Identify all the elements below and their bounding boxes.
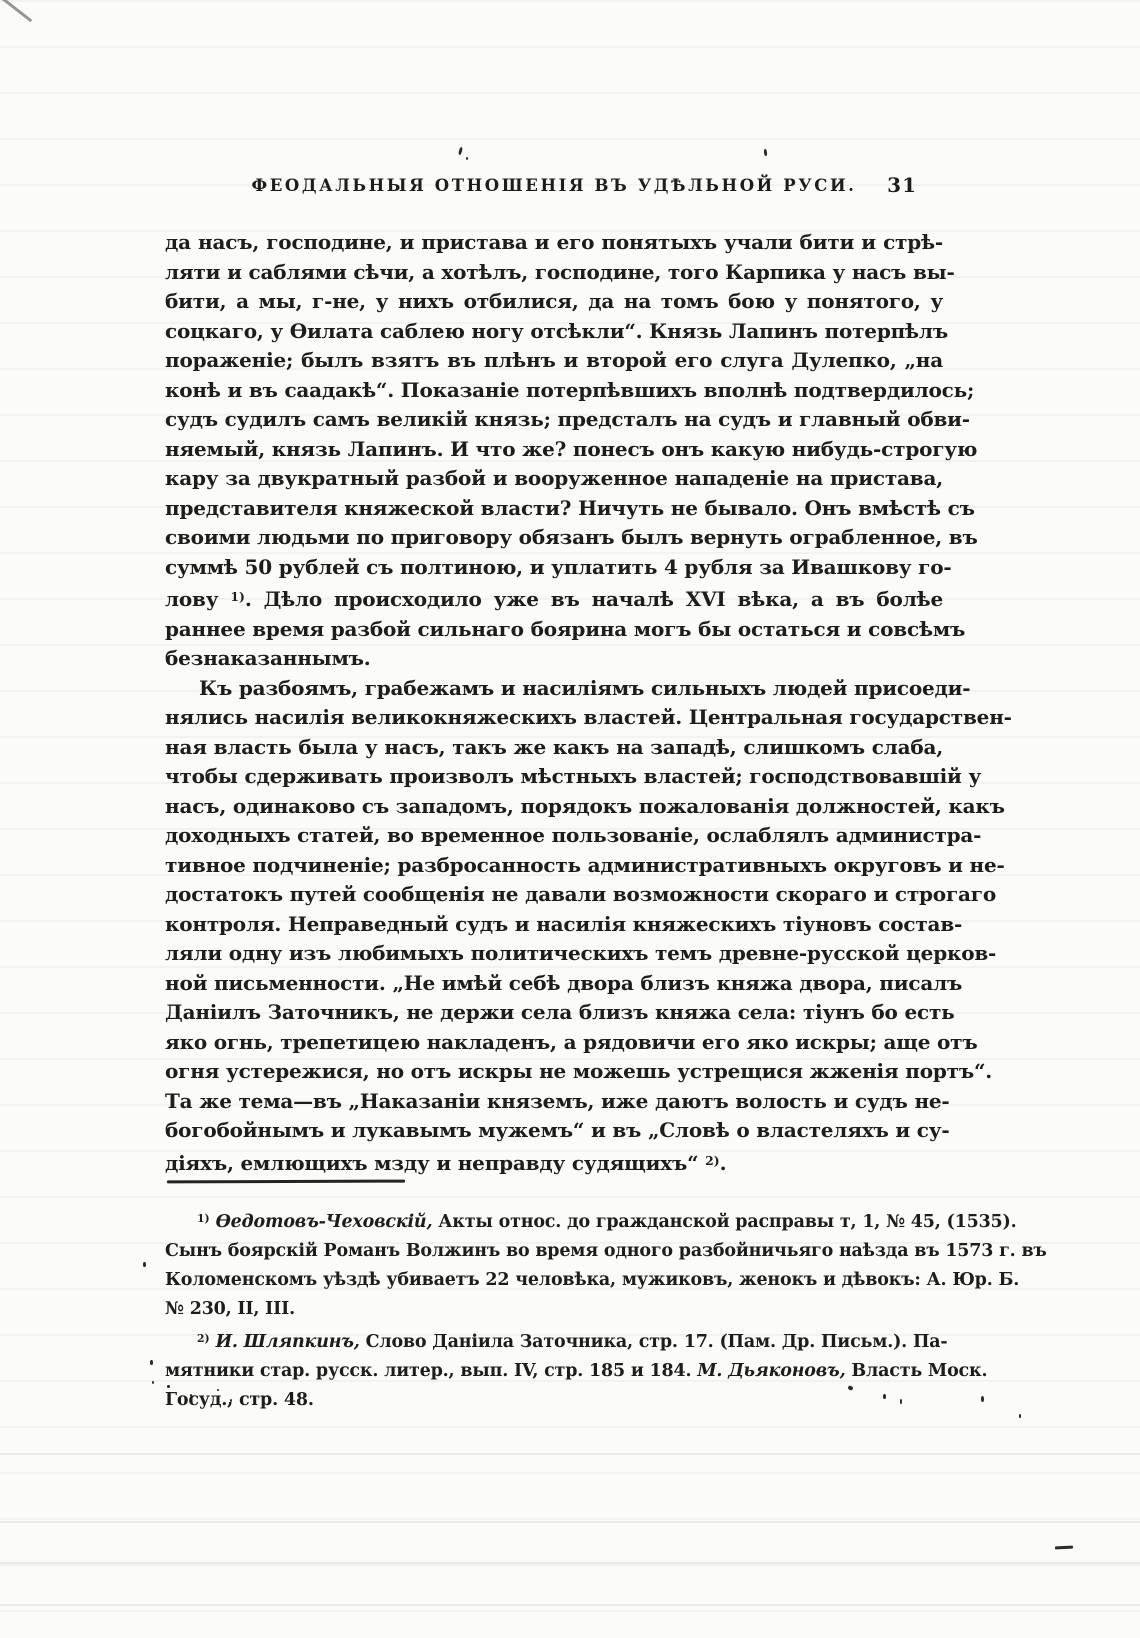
text-line: 2) И. Шляпкинъ, Слово Даніила Заточника,… xyxy=(165,1324,943,1357)
text-segment: да насъ, господине, и пристава и его пон… xyxy=(165,230,943,254)
text-segment: Та же тема—въ „Наказаніи княземъ, иже да… xyxy=(165,1089,950,1113)
text-line: ной письменности. „Не имѣй себѣ двора бл… xyxy=(165,969,943,999)
text-segment: огня устережися, но отъ искры не можешь … xyxy=(165,1059,992,1083)
text-segment: Къ разбоямъ, грабежамъ и насиліямъ сильн… xyxy=(199,676,970,700)
footnote-1: 1) Ѳедотовъ-Чеховскій, Акты относ. до гр… xyxy=(165,1204,943,1324)
text-line: конѣ и въ саадакѣ“. Показаніе потерпѣвши… xyxy=(165,376,943,406)
footnote-2: 2) И. Шляпкинъ, Слово Даніила Заточника,… xyxy=(165,1324,943,1415)
scan-speck xyxy=(143,1262,146,1267)
scan-speck xyxy=(152,1381,154,1384)
text-line: судъ судилъ самъ великій князь; предстал… xyxy=(165,405,943,435)
text-line: Сынъ боярскій Романъ Волжинъ во время од… xyxy=(165,1237,943,1266)
text-line: насъ, одинаково съ западомъ, порядокъ по… xyxy=(165,792,943,822)
text-line: пораженіе; былъ взятъ въ плѣнъ и второй … xyxy=(165,346,943,376)
text-line: контроля. Неправедный судъ и насилія кня… xyxy=(165,910,943,940)
text-segment: ляти и саблями сѣчи, а хотѣлъ, господине… xyxy=(165,260,955,284)
text-line: мятники стар. русск. литер., вып. IV, ст… xyxy=(165,1357,943,1386)
text-segment: Акты относ. до гражданской расправы т, 1… xyxy=(432,1212,1016,1232)
text-segment: ная власть была у насъ, такъ же какъ на … xyxy=(165,735,943,759)
text-line: Та же тема—въ „Наказаніи княземъ, иже да… xyxy=(165,1087,943,1117)
text-line: ляли одну изъ любимыхъ политическихъ тем… xyxy=(165,939,943,969)
scan-band xyxy=(0,1453,1140,1455)
text-line: чтобы сдерживать произволъ мѣстныхъ влас… xyxy=(165,762,943,792)
text-line: 1) Ѳедотовъ-Чеховскій, Акты относ. до гр… xyxy=(165,1204,943,1237)
text-line: своими людьми по приговору обязанъ былъ … xyxy=(165,523,943,553)
text-line: нялись насилія великокняжескихъ властей.… xyxy=(165,703,943,733)
text-segment: ной письменности. „Не имѣй себѣ двора бл… xyxy=(165,971,962,995)
text-segment: . xyxy=(720,1151,727,1175)
scan-speck xyxy=(167,1385,170,1388)
text-segment: . Дѣло происходило уже въ началѣ XVI вѣк… xyxy=(245,587,943,611)
text-segment: Власть Моск. xyxy=(845,1361,987,1381)
text-line: безнаказаннымъ. xyxy=(165,644,943,674)
text-segment: своими людьми по приговору обязанъ былъ … xyxy=(165,525,978,549)
text-segment: пораженіе; былъ взятъ въ плѣнъ и второй … xyxy=(165,348,943,372)
scan-speck xyxy=(764,149,768,156)
footnote-marker: 1) xyxy=(230,589,244,604)
text-segment: раннее время разбой сильнаго боярина мог… xyxy=(165,617,965,641)
text-segment: контроля. Неправедный судъ и насилія кня… xyxy=(165,912,962,936)
text-line: тивное подчиненіе; разбросанность админи… xyxy=(165,851,943,881)
text-segment: И. Шляпкинъ, xyxy=(210,1332,360,1352)
paragraph-1: да насъ, господине, и пристава и его пон… xyxy=(165,228,943,674)
text-segment: № 230, II, III. xyxy=(165,1299,295,1319)
text-line: бити, а мы, г-не, у нихъ отбилися, да на… xyxy=(165,287,943,317)
text-segment: представителя княжеской власти? Ничуть н… xyxy=(165,496,975,520)
text-line: кару за двукратный разбой и вооруженное … xyxy=(165,464,943,494)
text-segment: насъ, одинаково съ западомъ, порядокъ по… xyxy=(165,794,1005,818)
text-line: ляти и саблями сѣчи, а хотѣлъ, господине… xyxy=(165,258,943,288)
text-segment: мятники стар. русск. литер., вып. IV, ст… xyxy=(165,1361,697,1381)
footnotes-block: 1) Ѳедотовъ-Чеховскій, Акты относ. до гр… xyxy=(165,1204,943,1415)
scan-speck xyxy=(190,1394,192,1397)
footnote-marker: 1) xyxy=(197,1212,210,1225)
footnote-marker: 2) xyxy=(197,1332,210,1345)
scan-speck xyxy=(1019,1414,1021,1418)
text-line: раннее время разбой сильнаго боярина мог… xyxy=(165,615,943,645)
text-line: Госуд., стр. 48. xyxy=(165,1386,943,1415)
text-segment: Ѳедотовъ-Чеховскій, xyxy=(210,1212,433,1232)
text-line: № 230, II, III. xyxy=(165,1295,943,1324)
text-segment: діяхъ, емлющихъ мзду и неправду судящихъ… xyxy=(165,1151,705,1175)
text-line: да насъ, господине, и пристава и его пон… xyxy=(165,228,943,258)
text-segment: суммѣ 50 рублей съ полтиною, и уплатить … xyxy=(165,555,951,579)
text-segment: безнаказаннымъ. xyxy=(165,646,371,670)
text-segment: чтобы сдерживать произволъ мѣстныхъ влас… xyxy=(165,764,981,788)
text-line: доходныхъ статей, во временное пользован… xyxy=(165,821,943,851)
text-segment: судъ судилъ самъ великій князь; предстал… xyxy=(165,407,970,431)
text-segment: богобойнымъ и лукавымъ мужемъ“ и въ „Сло… xyxy=(165,1118,949,1142)
text-segment: бити, а мы, г-не, у нихъ отбилися, да на… xyxy=(165,289,943,313)
text-line: Коломенскомъ уѣздѣ убиваетъ 22 человѣка,… xyxy=(165,1266,943,1295)
page-number: 31 xyxy=(887,173,917,197)
page-header-title: ФЕОДАЛЬНЫЯ ОТНОШЕНІЯ ВЪ УДѢЛЬНОЙ РУСИ. xyxy=(165,176,943,195)
scanned-book-page: ФЕОДАЛЬНЫЯ ОТНОШЕНІЯ ВЪ УДѢЛЬНОЙ РУСИ. 3… xyxy=(0,0,1140,1638)
paragraph-2: Къ разбоямъ, грабежамъ и насиліямъ сильн… xyxy=(165,674,943,1179)
text-line: Къ разбоямъ, грабежамъ и насиліямъ сильн… xyxy=(165,674,943,704)
scan-band xyxy=(0,1521,1140,1523)
scan-speck xyxy=(981,1396,984,1402)
text-segment: Слово Даніила Заточника, стр. 17. (Пам. … xyxy=(360,1332,948,1352)
text-line: діяхъ, емлющихъ мзду и неправду судящихъ… xyxy=(165,1146,943,1179)
scan-dash-artifact xyxy=(1055,1546,1073,1550)
text-line: огня устережися, но отъ искры не можешь … xyxy=(165,1057,943,1087)
text-line: Даніилъ Заточникъ, не держи села близъ к… xyxy=(165,998,943,1028)
text-segment: доходныхъ статей, во временное пользован… xyxy=(165,823,981,847)
text-segment: кару за двукратный разбой и вооруженное … xyxy=(165,466,943,490)
text-segment: лову xyxy=(165,587,230,611)
footnote-marker: 2) xyxy=(705,1153,719,1168)
text-segment: ляли одну изъ любимыхъ политическихъ тем… xyxy=(165,941,996,965)
text-segment: достатокъ путей сообщенія не давали возм… xyxy=(165,882,996,906)
scan-speck xyxy=(900,1399,902,1404)
text-segment: конѣ и въ саадакѣ“. Показаніе потерпѣвши… xyxy=(165,378,974,402)
text-segment: Даніилъ Заточникъ, не держи села близъ к… xyxy=(165,1000,955,1024)
scan-speck xyxy=(230,1399,232,1402)
scan-band xyxy=(0,1562,1140,1564)
text-segment: соцкаго, у Ѳилата саблею ногу отсѣкли“. … xyxy=(165,319,948,343)
text-segment: Госуд., стр. 48. xyxy=(165,1390,314,1410)
body-text: да насъ, господине, и пристава и его пон… xyxy=(165,228,943,1178)
scan-corner-artifact xyxy=(0,0,32,22)
text-line: няемый, князь Лапинъ. И что же? понесъ о… xyxy=(165,435,943,465)
text-line: ная власть была у насъ, такъ же какъ на … xyxy=(165,733,943,763)
text-segment: нялись насилія великокняжескихъ властей.… xyxy=(165,705,1012,729)
text-segment: яко огнь, трепетицею накладенъ, а рядови… xyxy=(165,1030,978,1054)
scan-speck xyxy=(458,147,463,156)
text-segment: Коломенскомъ уѣздѣ убиваетъ 22 человѣка,… xyxy=(165,1270,1019,1290)
scan-speck xyxy=(150,1360,153,1365)
scan-speck xyxy=(883,1394,886,1399)
text-line: представителя княжеской власти? Ничуть н… xyxy=(165,494,943,524)
text-line: суммѣ 50 рублей съ полтиною, и уплатить … xyxy=(165,553,943,583)
text-line: достатокъ путей сообщенія не давали возм… xyxy=(165,880,943,910)
text-segment: Сынъ боярскій Романъ Волжинъ во время од… xyxy=(165,1241,1047,1261)
text-segment: М. Дьяконовъ, xyxy=(697,1361,845,1381)
text-segment: няемый, князь Лапинъ. И что же? понесъ о… xyxy=(165,437,977,461)
text-segment: тивное подчиненіе; разбросанность админи… xyxy=(165,853,1005,877)
text-line: соцкаго, у Ѳилата саблею ногу отсѣкли“. … xyxy=(165,317,943,347)
footnote-separator-rule xyxy=(167,1180,405,1184)
text-line: яко огнь, трепетицею накладенъ, а рядови… xyxy=(165,1028,943,1058)
scan-speck xyxy=(217,1389,219,1391)
scan-speck xyxy=(466,157,468,160)
text-line: лову 1). Дѣло происходило уже въ началѣ … xyxy=(165,582,943,615)
scan-band xyxy=(0,1604,1140,1606)
text-line: богобойнымъ и лукавымъ мужемъ“ и въ „Сло… xyxy=(165,1116,943,1146)
running-header: ФЕОДАЛЬНЫЯ ОТНОШЕНІЯ ВЪ УДѢЛЬНОЙ РУСИ. 3… xyxy=(165,176,943,202)
